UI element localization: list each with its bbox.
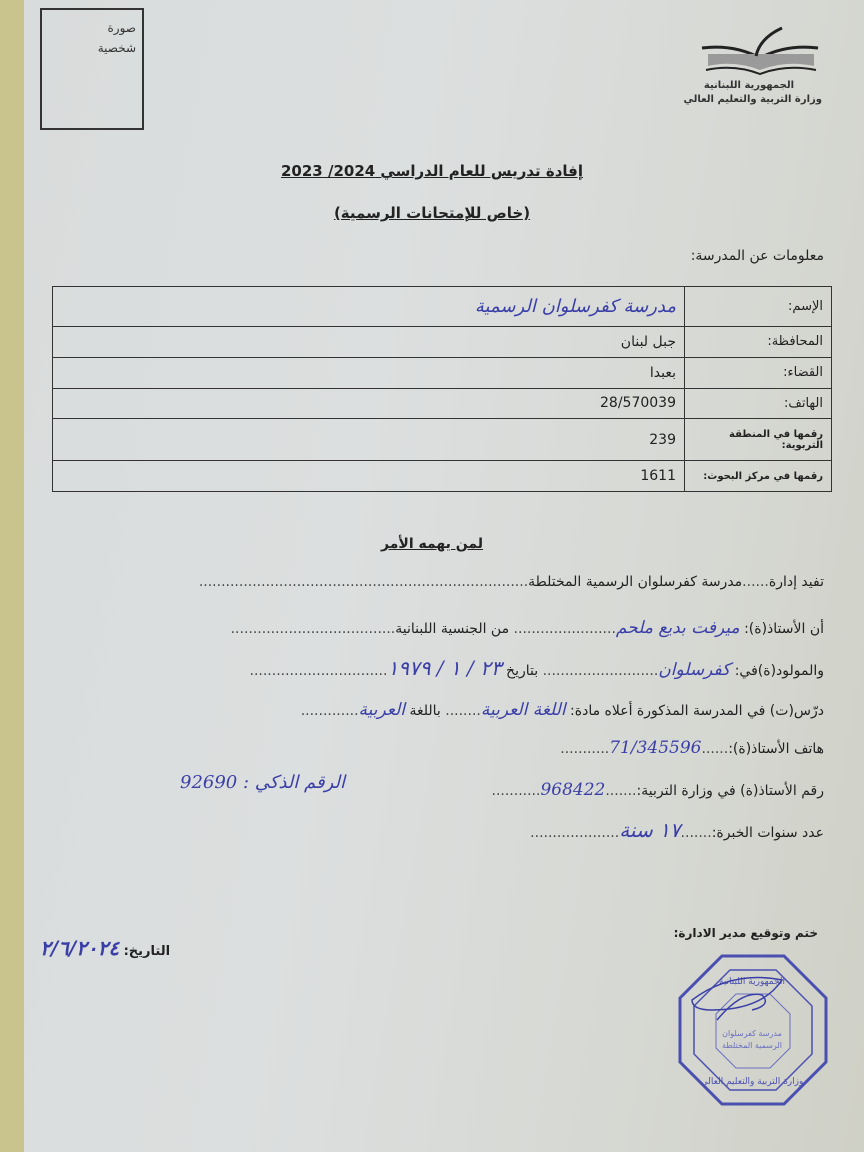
svg-text:الرسمية المختلطة: الرسمية المختلطة xyxy=(722,1041,782,1050)
row-label: الإسم: xyxy=(685,287,832,327)
document-title: إفادة تدريس للعام الدراسي 2024/ 2023 xyxy=(0,162,864,180)
logo-line2: وزارة التربية والتعليم العالي xyxy=(684,94,822,105)
subject-value: اللغة العربية xyxy=(481,700,566,720)
birth-line: والمولود(ة)في: كفرسلوان.................… xyxy=(250,656,825,680)
logo-line1: الجمهورية اللبنانية xyxy=(704,80,794,91)
birthdate-value: ٢٣ / ١ / ١٩٧٩ xyxy=(387,656,501,680)
to-whom-it-may-concern-heading: لمن يهمه الأمر xyxy=(0,536,864,552)
photo-box: صورة شخصية xyxy=(40,8,144,130)
ministry-number-value: 968422 xyxy=(540,780,605,800)
school-name-value: مدرسة كفرسلوان الرسمية xyxy=(53,287,685,327)
teacher-phone-label: هاتف الأستاذ(ة): xyxy=(728,741,824,757)
ministry-logo: الجمهورية اللبنانية وزارة التربية والتعل… xyxy=(686,26,826,116)
experience-value: ١٧ سنة xyxy=(619,818,680,842)
school-info-table: الإسم: مدرسة كفرسلوان الرسمية المحافظة: … xyxy=(52,286,832,492)
governorate-value: جبل لبنان xyxy=(53,326,685,357)
ministry-number-line: رقم الأستاذ(ة) في وزارة التربية:.......9… xyxy=(492,780,825,800)
smart-number-value: الرقم الذكي : 92690 xyxy=(180,772,345,793)
date-label: التاريخ: xyxy=(124,944,170,959)
row-label: رقمها في المنطقة التربوية: xyxy=(685,419,832,461)
table-row: المحافظة: جبل لبنان xyxy=(53,326,832,357)
ministry-number-label: رقم الأستاذ(ة) في وزارة التربية: xyxy=(637,783,824,799)
table-row: الهاتف: 28/570039 xyxy=(53,388,832,419)
row-label: الهاتف: xyxy=(685,388,832,419)
photo-box-label: صورة شخصية xyxy=(98,18,136,58)
open-book-icon xyxy=(694,26,824,78)
administration-label: تفيد إدارة xyxy=(769,574,824,590)
experience-line: عدد سنوات الخبرة:.......١٧ سنة..........… xyxy=(530,818,824,842)
stamp-center-text: مدرسة كفرسلوان xyxy=(722,1029,782,1038)
date-line: التاريخ: ٢/٦/٢٠٢٤ xyxy=(40,936,170,960)
row-label: القضاء: xyxy=(685,357,832,388)
document-subtitle: (خاص للإمتحانات الرسمية) xyxy=(0,204,864,222)
subject-line: درّس(ت) في المدرسة المذكورة أعلاه مادة: … xyxy=(301,700,824,720)
language-label: باللغة xyxy=(409,703,440,719)
teacher-phone-line: هاتف الأستاذ(ة):......71/345596.........… xyxy=(560,738,824,758)
row-label: رقمها في مركز البحوث: xyxy=(685,461,832,492)
svg-text:وزارة التربية والتعليم العالي: وزارة التربية والتعليم العالي xyxy=(701,1077,804,1087)
teacher-phone-value: 71/345596 xyxy=(609,738,701,758)
official-stamp: مدرسة كفرسلوان الرسمية المختلطة وزارة ال… xyxy=(672,950,832,1110)
birthplace-value: كفرسلوان xyxy=(658,660,730,680)
district-value: بعبدا xyxy=(53,357,685,388)
row-label: المحافظة: xyxy=(685,326,832,357)
birthplace-label: والمولود(ة)في: xyxy=(735,663,824,679)
language-value: العربية xyxy=(359,700,405,720)
date-value: ٢/٦/٢٠٢٤ xyxy=(40,936,119,960)
phone-value: 28/570039 xyxy=(53,388,685,419)
table-row: القضاء: بعبدا xyxy=(53,357,832,388)
table-row: رقمها في مركز البحوث: 1611 xyxy=(53,461,832,492)
photo-label-line1: صورة xyxy=(98,18,136,38)
teacher-name-value: ميرفت بديع ملحم xyxy=(616,618,740,638)
research-center-number-value: 1611 xyxy=(53,461,685,492)
nationality-text: من الجنسية اللبنانية xyxy=(395,621,509,637)
school-info-heading: معلومات عن المدرسة: xyxy=(691,248,824,264)
educational-zone-number-value: 239 xyxy=(53,419,685,461)
teacher-line: أن الأستاذ(ة): ميرفت بديع ملحم..........… xyxy=(231,618,824,638)
table-row: الإسم: مدرسة كفرسلوان الرسمية xyxy=(53,287,832,327)
administration-value: مدرسة كفرسلوان الرسمية المختلطة xyxy=(528,574,742,590)
table-row: رقمها في المنطقة التربوية: 239 xyxy=(53,419,832,461)
signature-label: ختم وتوقيع مدير الادارة: xyxy=(674,926,818,940)
administration-line: تفيد إدارة......مدرسة كفرسلوان الرسمية ا… xyxy=(199,574,824,590)
birthdate-label: بتاريخ xyxy=(506,663,538,679)
experience-label: عدد سنوات الخبرة: xyxy=(712,825,824,841)
teacher-label: أن الأستاذ(ة): xyxy=(744,621,824,637)
stamp-icon: مدرسة كفرسلوان الرسمية المختلطة وزارة ال… xyxy=(672,950,832,1110)
photo-label-line2: شخصية xyxy=(98,38,136,58)
subject-label: درّس(ت) في المدرسة المذكورة أعلاه مادة: xyxy=(570,703,824,719)
